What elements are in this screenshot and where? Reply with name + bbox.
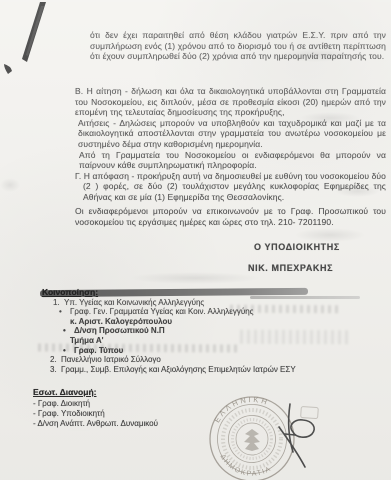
scan-smudge [130,272,260,284]
list-item-label: κ. Αριστ. Καλογερόπουλου [70,317,172,327]
bullet-icon: • [63,326,74,336]
contact-text: Οι ενδιαφερόμενοι μπορούν να επικοινωνού… [75,206,386,227]
list-item: 1. Υπ. Υγείας και Κοινωνικής Αλληλεγγύης [42,298,362,308]
scan-smudge [295,228,365,242]
list-item-label: Γραμμ., Συμβ. Επιλογής και Αξιολόγησης Ε… [61,365,296,375]
scanned-document-page: ότι δεν έχει παραιτηθεί από θέση κλάδου … [0,0,391,480]
section-b-line1: Β. Η αίτηση - δήλωση και όλα τα δικαιολο… [75,86,386,118]
notification-list: Κοινοποίηση: 1. Υπ. Υγείας και Κοινωνική… [42,288,362,374]
bullet-icon: • [63,346,74,356]
paragraph-contact: Οι ενδιαφερόμενοι μπορούν να επικοινωνού… [75,206,386,227]
section-b-line2: Αιτήσεις - Δηλώσεις μπορούν να υποβληθού… [75,118,386,150]
intro-text: ότι δεν έχει παραιτηθεί από θέση κλάδου … [75,30,386,62]
list-marker: 1. [53,298,64,308]
stamp-overlay-box [301,406,319,418]
sections-b-c: Β. Η αίτηση - δήλωση και όλα τα δικαιολο… [75,86,386,203]
list-item: • Γραφ. Γεν. Γραμματέα Υγείας και Κοιν. … [42,307,362,317]
list-item: 2. Πανελλήνιο Ιατρικό Σύλλογο [42,355,362,365]
marker-highlight-band-tail [250,296,360,299]
bullet-icon: • [59,307,70,317]
list-item-label: Υπ. Υγείας και Κοινωνικής Αλληλεγγύης [64,298,204,308]
list-marker: 3. [50,365,61,375]
paragraph-intro: ότι δεν έχει παραιτηθεί από θέση κλάδου … [75,30,386,62]
list-item: • Γραφ. Τύπου [42,346,362,356]
list-item-label: Γραφ. Τύπου [74,346,123,356]
list-item-label: Πανελλήνιο Ιατρικό Σύλλογο [61,355,161,365]
list-item: • Δ/νση Προσωπικού Ν.Π [42,326,362,336]
signatory-title: Ο ΥΠΟΔΙΟΙΚΗΤΗΣ [254,242,340,252]
handwritten-signature [255,390,355,480]
list-item: κ. Αριστ. Καλογερόπουλου [42,317,362,327]
section-c: Γ. Η απόφαση - προκήρυξη αυτή να δημοσιε… [75,171,386,203]
notification-heading: Κοινοποίηση: [42,288,98,298]
list-item: 3. Γραμμ., Συμβ. Επιλογής και Αξιολόγηση… [42,365,362,375]
list-marker: 2. [50,355,61,365]
signatory-name: ΝΙΚ. ΜΠΕΧΡΑΚΗΣ [248,263,333,273]
list-item-label: Τμήμα Α' [70,336,104,346]
section-b-line3: Από τη Γραμματεία του Νοσοκομείου οι ενδ… [75,150,386,171]
list-item-label: Γραφ. Γεν. Γραμματέα Υγείας και Κοιν. Αλ… [70,307,254,317]
scan-smudge [0,178,20,192]
list-item: Τμήμα Α' [42,336,362,346]
list-item-label: Δ/νση Προσωπικού Ν.Π [74,326,165,336]
